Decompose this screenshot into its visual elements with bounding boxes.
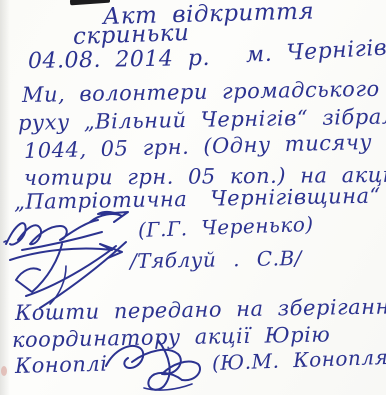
doc-city: м. Чернігів — [245, 37, 386, 69]
doc-date: 04.08. 2014 р. — [28, 47, 210, 74]
scan-edge-smudge — [0, 0, 10, 395]
signatory-name-tiabluy: /Тяблуй . С.В/ — [130, 247, 302, 272]
body-line: Ми, волонтери громадського — [22, 78, 380, 107]
document-page: Акт відкриття скриньки 04.08. 2014 р. м.… — [0, 0, 386, 395]
footer-line: Коноплі — [15, 353, 108, 379]
footer-line: Кошти передано на зберігання — [15, 295, 386, 325]
scan-artifact-speck — [1, 366, 7, 376]
signatory-name-konoplia: (Ю.М. Конопля) — [212, 346, 386, 374]
signatory-name-cherenko: (Г.Г. Черенько) — [138, 213, 314, 241]
signature-scrawl-konoplia — [100, 336, 212, 394]
